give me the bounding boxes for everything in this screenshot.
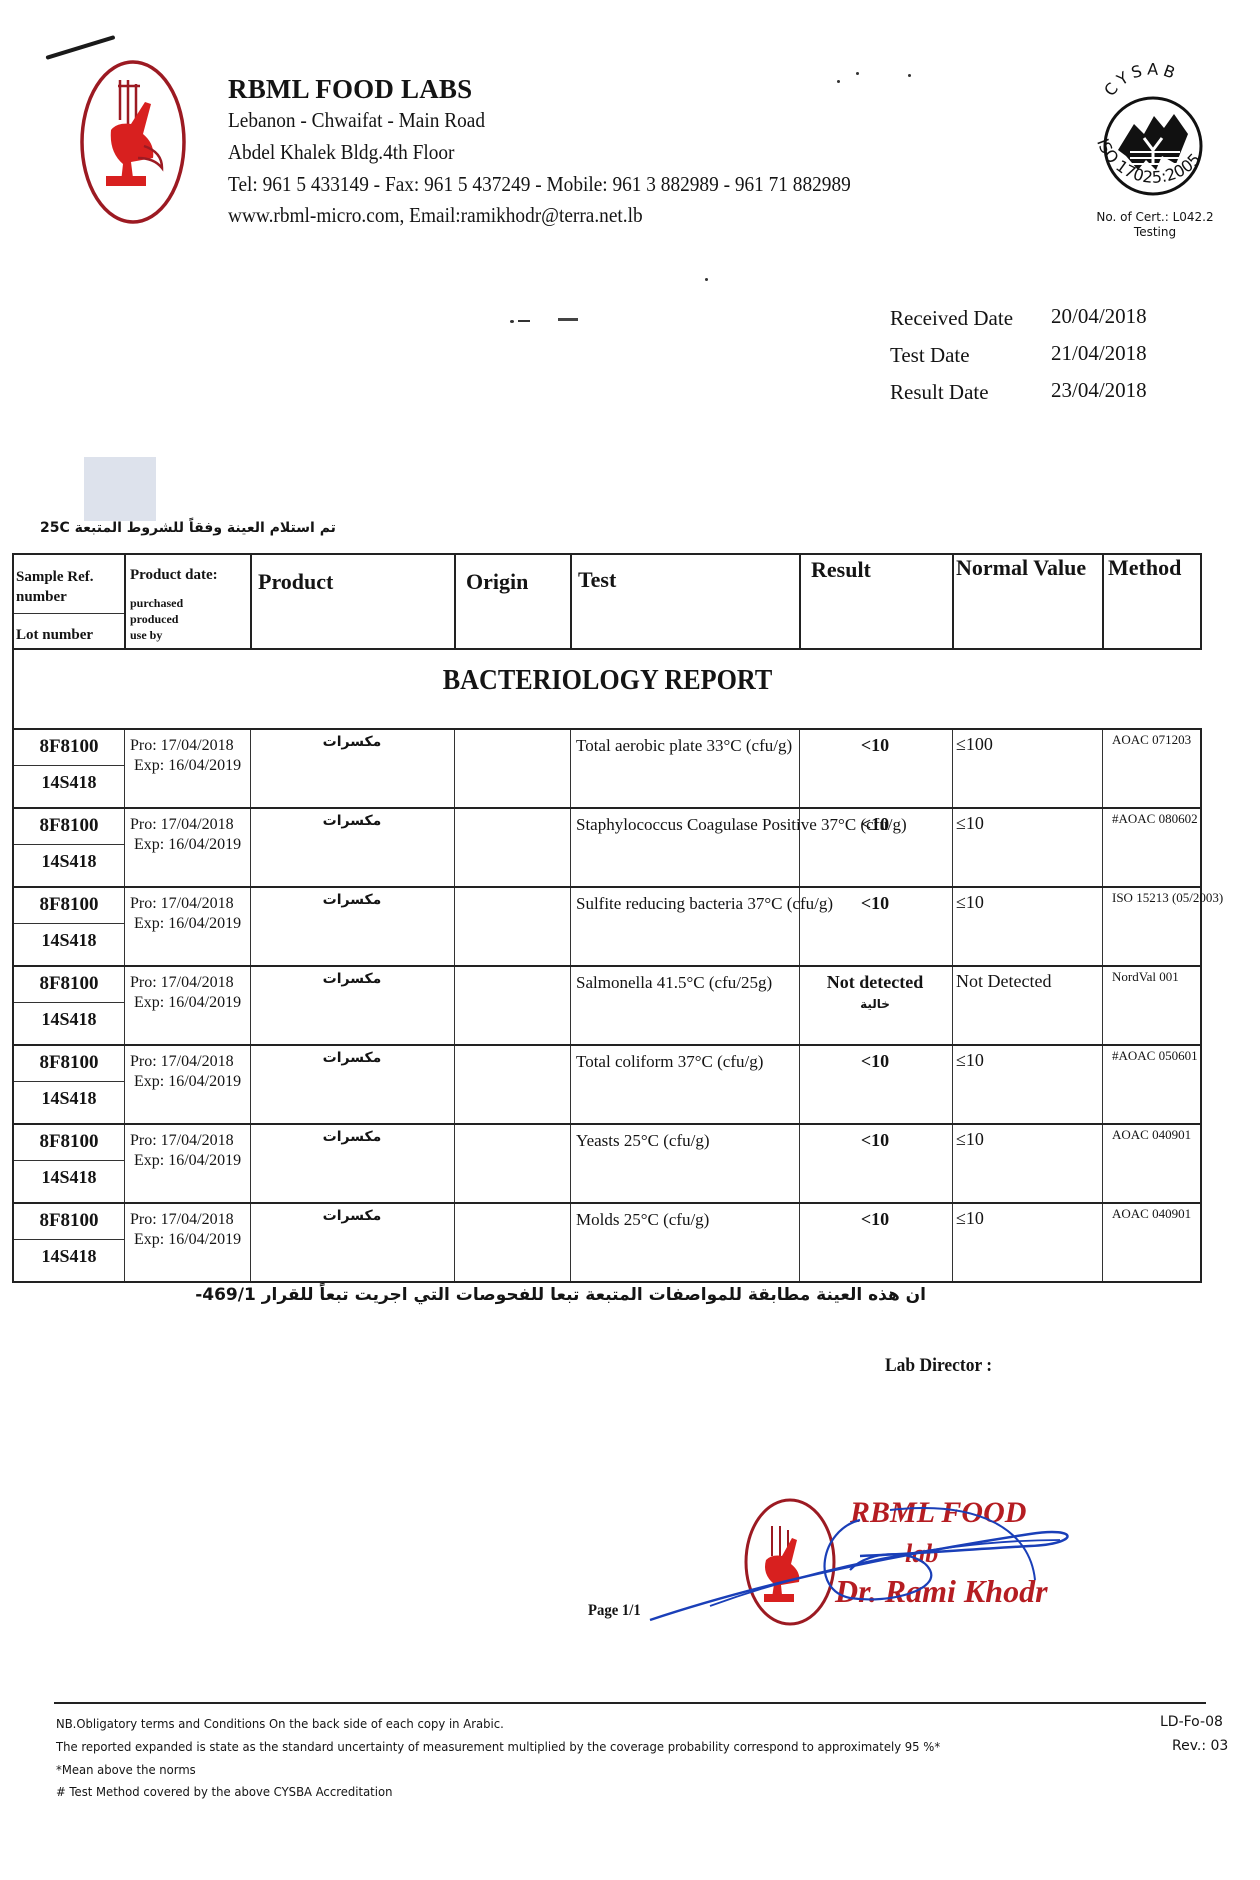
redacted-box bbox=[84, 457, 156, 521]
table-row: 8F8100 14S418 Pro: 17/04/2018 Exp: 16/04… bbox=[12, 965, 1202, 1044]
header-lot-number: Lot number bbox=[16, 627, 93, 644]
col-divider bbox=[952, 967, 953, 1044]
contact-numbers: Tel: 961 5 433149 - Fax: 961 5 437249 - … bbox=[228, 172, 851, 197]
col-divider bbox=[570, 1125, 571, 1202]
header-method: Method bbox=[1108, 555, 1181, 581]
test-name: Sulfite reducing bacteria 37°C (cfu/g) bbox=[576, 892, 776, 915]
stamp-microscope-icon bbox=[764, 1526, 799, 1602]
ref-lot-divider bbox=[14, 844, 124, 845]
result-date-label: Result Date bbox=[890, 380, 989, 405]
received-date-value: 20/04/2018 bbox=[1051, 304, 1147, 329]
col-divider bbox=[454, 555, 456, 648]
production-date: Pro: 17/04/2018 bbox=[130, 894, 241, 914]
header-result: Result bbox=[811, 557, 871, 583]
svg-text:RBML FOOD: RBML FOOD bbox=[849, 1496, 1026, 1529]
lot-number: 14S418 bbox=[14, 1009, 124, 1030]
result-arabic: خالية bbox=[799, 993, 951, 1015]
col-divider bbox=[1102, 809, 1103, 886]
header-test: Test bbox=[578, 567, 616, 593]
test-result: <10 bbox=[799, 892, 951, 914]
header-origin: Origin bbox=[466, 569, 528, 595]
col-divider bbox=[1102, 555, 1104, 648]
col-divider bbox=[1102, 730, 1103, 807]
form-code: LD-Fo-08 bbox=[1160, 1714, 1223, 1730]
col-divider bbox=[454, 1046, 455, 1123]
sample-ref: 8F8100 bbox=[14, 894, 124, 916]
lot-number: 14S418 bbox=[14, 851, 124, 872]
col-divider bbox=[1102, 888, 1103, 965]
table-row: 8F8100 14S418 Pro: 17/04/2018 Exp: 16/04… bbox=[12, 1044, 1202, 1123]
col-divider bbox=[952, 1204, 953, 1281]
col-divider bbox=[124, 555, 126, 648]
test-method: NordVal 001 bbox=[1112, 969, 1200, 985]
col-divider bbox=[124, 730, 125, 807]
test-result: <10 bbox=[799, 1208, 951, 1230]
test-name: Total aerobic plate 33°C (cfu/g) bbox=[576, 734, 776, 757]
expiry-date: Exp: 16/04/2019 bbox=[130, 1151, 241, 1171]
ref-lot-divider bbox=[14, 1239, 124, 1240]
test-method: AOAC 071203 bbox=[1112, 732, 1200, 748]
production-date: Pro: 17/04/2018 bbox=[130, 1131, 241, 1151]
col-divider bbox=[124, 967, 125, 1044]
lot-number: 14S418 bbox=[14, 930, 124, 951]
section-title: BACTERIOLOGY REPORT bbox=[73, 664, 1141, 697]
col-divider bbox=[454, 730, 455, 807]
scan-artifact bbox=[837, 80, 840, 83]
test-method: AOAC 040901 bbox=[1112, 1206, 1200, 1222]
test-method: #AOAC 050601 bbox=[1112, 1048, 1200, 1064]
normal-value: ≤10 bbox=[956, 1208, 984, 1229]
col-divider bbox=[570, 967, 571, 1044]
table-row: 8F8100 14S418 Pro: 17/04/2018 Exp: 16/04… bbox=[12, 1123, 1202, 1202]
scan-artifact bbox=[518, 320, 530, 322]
test-name: Molds 25°C (cfu/g) bbox=[576, 1208, 776, 1231]
lot-number: 14S418 bbox=[14, 1167, 124, 1188]
receipt-note-arabic: تم استلام العينة وفقاً للشروط المتبعة 25… bbox=[40, 520, 336, 536]
col-divider bbox=[952, 730, 953, 807]
col-divider bbox=[124, 888, 125, 965]
sample-ref: 8F8100 bbox=[14, 1052, 124, 1074]
received-date-label: Received Date bbox=[890, 306, 1013, 331]
product-dates: Pro: 17/04/2018 Exp: 16/04/2019 bbox=[130, 973, 241, 1013]
table-row: 8F8100 14S418 Pro: 17/04/2018 Exp: 16/04… bbox=[12, 728, 1202, 807]
ref-lot-divider bbox=[14, 1160, 124, 1161]
table-header: Sample Ref. number Lot number Product da… bbox=[12, 553, 1202, 650]
ref-lot-divider bbox=[14, 765, 124, 766]
col-divider bbox=[570, 1046, 571, 1123]
footer-note-1: NB.Obligatory terms and Conditions On th… bbox=[56, 1716, 504, 1731]
header-sub-divider bbox=[14, 613, 124, 614]
header-normal-value: Normal Value bbox=[956, 555, 1086, 581]
col-divider bbox=[1102, 967, 1103, 1044]
normal-value: ≤100 bbox=[956, 734, 993, 755]
col-divider bbox=[124, 1046, 125, 1123]
scan-artifact bbox=[856, 72, 859, 75]
accreditation-cert: No. of Cert.: L042.2 Testing bbox=[1080, 210, 1230, 240]
production-date: Pro: 17/04/2018 bbox=[130, 1052, 241, 1072]
lab-stamp-signature: RBML FOOD lab Dr. Rami Khodr bbox=[560, 1470, 1120, 1650]
col-divider bbox=[454, 1204, 455, 1281]
footer-note-3: *Mean above the norms bbox=[56, 1762, 196, 1777]
lab-name: RBML FOOD LABS bbox=[228, 74, 472, 105]
col-divider bbox=[952, 809, 953, 886]
normal-value: ≤10 bbox=[956, 1050, 984, 1071]
product-name: مكسرات bbox=[250, 971, 454, 987]
scan-artifact bbox=[510, 320, 514, 323]
header-product-date-sub: purchased produced use by bbox=[130, 595, 183, 643]
header-product: Product bbox=[258, 569, 333, 595]
sample-ref: 8F8100 bbox=[14, 1131, 124, 1153]
footer-note-4: # Test Method covered by the above CYSBA… bbox=[56, 1784, 392, 1799]
col-divider bbox=[570, 1204, 571, 1281]
ref-lot-divider bbox=[14, 923, 124, 924]
product-name: مكسرات bbox=[250, 1129, 454, 1145]
col-divider bbox=[570, 730, 571, 807]
header-product-date: Product date: bbox=[130, 567, 218, 584]
product-name: مكسرات bbox=[250, 1208, 454, 1224]
col-divider bbox=[250, 555, 252, 648]
section-band: BACTERIOLOGY REPORT bbox=[12, 648, 1202, 728]
pen-mark bbox=[45, 35, 115, 60]
scan-artifact bbox=[558, 318, 578, 321]
footer-divider bbox=[54, 1702, 1206, 1704]
col-divider bbox=[454, 809, 455, 886]
product-name: مكسرات bbox=[250, 813, 454, 829]
col-divider bbox=[1102, 1046, 1103, 1123]
form-revision: Rev.: 03 bbox=[1172, 1738, 1228, 1754]
product-name: مكسرات bbox=[250, 1050, 454, 1066]
normal-value: Not Detected bbox=[956, 971, 1051, 992]
test-result: <10 bbox=[799, 1050, 951, 1072]
product-dates: Pro: 17/04/2018 Exp: 16/04/2019 bbox=[130, 736, 241, 776]
product-dates: Pro: 17/04/2018 Exp: 16/04/2019 bbox=[130, 1210, 241, 1250]
col-divider bbox=[952, 555, 954, 648]
test-name: Staphylococcus Coagulase Positive 37°C (… bbox=[576, 813, 776, 836]
product-dates: Pro: 17/04/2018 Exp: 16/04/2019 bbox=[130, 1131, 241, 1171]
address-line-2: Abdel Khalek Bldg.4th Floor bbox=[228, 140, 454, 165]
test-name: Total coliform 37°C (cfu/g) bbox=[576, 1050, 776, 1073]
production-date: Pro: 17/04/2018 bbox=[130, 736, 241, 756]
sample-ref: 8F8100 bbox=[14, 1210, 124, 1232]
test-method: AOAC 040901 bbox=[1112, 1127, 1200, 1143]
table-row: 8F8100 14S418 Pro: 17/04/2018 Exp: 16/04… bbox=[12, 886, 1202, 965]
expiry-date: Exp: 16/04/2019 bbox=[130, 1230, 241, 1250]
svg-text:Dr. Rami Khodr: Dr. Rami Khodr bbox=[834, 1573, 1048, 1609]
expiry-date: Exp: 16/04/2019 bbox=[130, 1072, 241, 1092]
lot-number: 14S418 bbox=[14, 1088, 124, 1109]
test-method: #AOAC 080602 bbox=[1112, 811, 1200, 827]
scan-artifact bbox=[705, 278, 708, 281]
svg-text:CYSAB: CYSAB bbox=[1100, 59, 1181, 99]
table-row: 8F8100 14S418 Pro: 17/04/2018 Exp: 16/04… bbox=[12, 807, 1202, 886]
production-date: Pro: 17/04/2018 bbox=[130, 973, 241, 993]
lab-director-label: Lab Director : bbox=[885, 1355, 992, 1377]
col-divider bbox=[124, 809, 125, 886]
ref-lot-divider bbox=[14, 1081, 124, 1082]
expiry-date: Exp: 16/04/2019 bbox=[130, 835, 241, 855]
test-date-label: Test Date bbox=[890, 343, 970, 368]
expiry-date: Exp: 16/04/2019 bbox=[130, 993, 241, 1013]
web-email: www.rbml-micro.com, Email:ramikhodr@terr… bbox=[228, 203, 643, 228]
microscope-logo-icon bbox=[78, 58, 188, 226]
col-divider bbox=[952, 1046, 953, 1123]
test-method: ISO 15213 (05/2003) bbox=[1112, 890, 1200, 906]
conformity-statement-arabic: ان هذه العينة مطابقة للمواصفات المتبعة ت… bbox=[258, 1285, 926, 1305]
lot-number: 14S418 bbox=[14, 772, 124, 793]
lot-number: 14S418 bbox=[14, 1246, 124, 1267]
col-divider bbox=[1102, 1204, 1103, 1281]
address-line-1: Lebanon - Chwaifat - Main Road bbox=[228, 108, 485, 133]
production-date: Pro: 17/04/2018 bbox=[130, 815, 241, 835]
sample-ref: 8F8100 bbox=[14, 736, 124, 758]
scan-artifact bbox=[908, 74, 911, 77]
col-divider bbox=[952, 888, 953, 965]
footer-note-2: The reported expanded is state as the st… bbox=[56, 1739, 940, 1754]
col-divider bbox=[1102, 1125, 1103, 1202]
col-divider bbox=[570, 888, 571, 965]
product-dates: Pro: 17/04/2018 Exp: 16/04/2019 bbox=[130, 1052, 241, 1092]
col-divider bbox=[952, 1125, 953, 1202]
product-dates: Pro: 17/04/2018 Exp: 16/04/2019 bbox=[130, 894, 241, 934]
normal-value: ≤10 bbox=[956, 813, 984, 834]
col-divider bbox=[124, 1125, 125, 1202]
test-date-value: 21/04/2018 bbox=[1051, 341, 1147, 366]
expiry-date: Exp: 16/04/2019 bbox=[130, 914, 241, 934]
col-divider bbox=[454, 967, 455, 1044]
header-sample-ref: Sample Ref. number bbox=[16, 567, 120, 607]
col-divider bbox=[454, 1125, 455, 1202]
test-name: Salmonella 41.5°C (cfu/25g) bbox=[576, 971, 776, 994]
col-divider bbox=[454, 888, 455, 965]
table-row: 8F8100 14S418 Pro: 17/04/2018 Exp: 16/04… bbox=[12, 1202, 1202, 1283]
cert-scope: Testing bbox=[1080, 225, 1230, 240]
sample-ref: 8F8100 bbox=[14, 815, 124, 837]
product-dates: Pro: 17/04/2018 Exp: 16/04/2019 bbox=[130, 815, 241, 855]
test-result: Not detected خالية bbox=[799, 971, 951, 1015]
ref-lot-divider bbox=[14, 1002, 124, 1003]
normal-value: ≤10 bbox=[956, 1129, 984, 1150]
col-divider bbox=[570, 555, 572, 648]
production-date: Pro: 17/04/2018 bbox=[130, 1210, 241, 1230]
product-name: مكسرات bbox=[250, 734, 454, 750]
page-number: Page 1/1 bbox=[588, 1602, 641, 1620]
expiry-date: Exp: 16/04/2019 bbox=[130, 756, 241, 776]
test-result: <10 bbox=[799, 813, 951, 835]
test-result: <10 bbox=[799, 734, 951, 756]
sample-ref: 8F8100 bbox=[14, 973, 124, 995]
col-divider bbox=[124, 1204, 125, 1281]
result-date-value: 23/04/2018 bbox=[1051, 378, 1147, 403]
test-name: Yeasts 25°C (cfu/g) bbox=[576, 1129, 776, 1152]
col-divider bbox=[570, 809, 571, 886]
product-name: مكسرات bbox=[250, 892, 454, 908]
test-result: <10 bbox=[799, 1129, 951, 1151]
normal-value: ≤10 bbox=[956, 892, 984, 913]
cert-number: No. of Cert.: L042.2 bbox=[1080, 210, 1230, 225]
col-divider bbox=[799, 555, 801, 648]
